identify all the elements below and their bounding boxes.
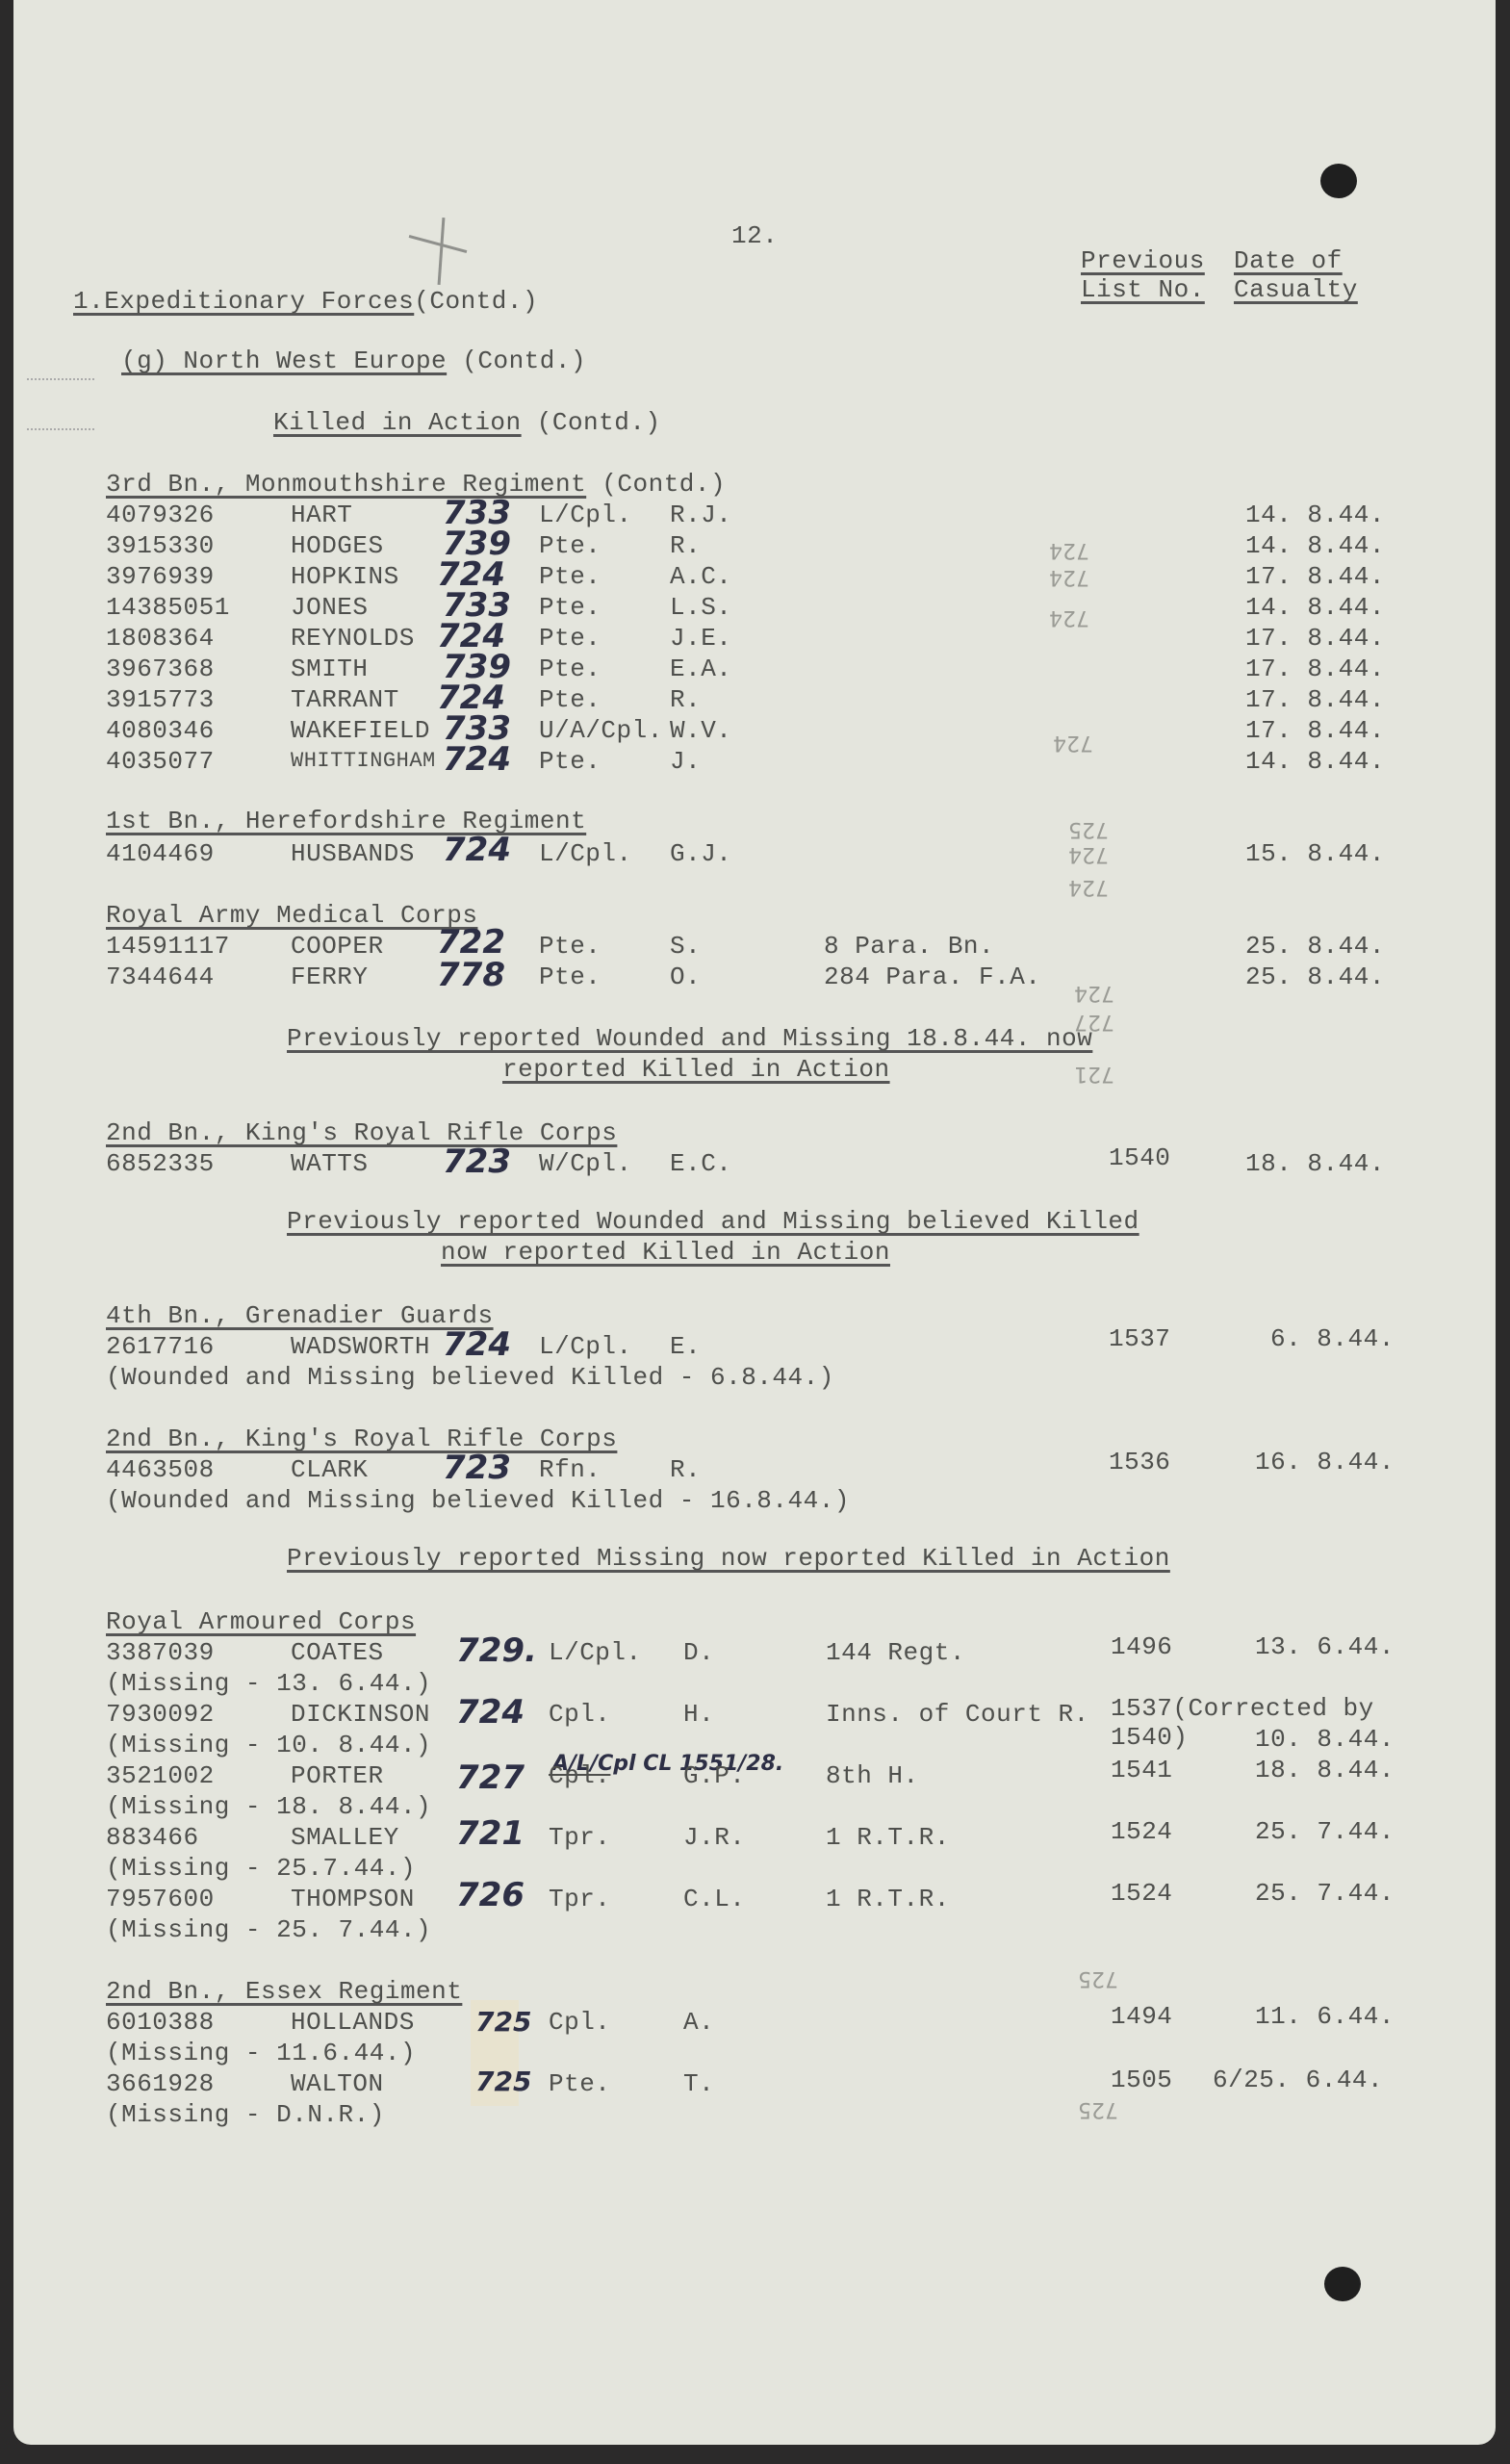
- pencil-margin-mark: 727: [1074, 1011, 1114, 1032]
- handwritten-code: 724: [443, 834, 511, 866]
- rank: L/Cpl.: [539, 839, 632, 868]
- unit-detail: 144 Regt.: [826, 1638, 965, 1667]
- rank: Cpl.: [549, 2008, 610, 2037]
- status-note: (Missing - 25.7.44.): [106, 1854, 416, 1883]
- status-note: (Missing - 11.6.44.): [106, 2039, 416, 2067]
- rank: Pte.: [539, 593, 601, 622]
- surname: TARRANT: [291, 685, 399, 714]
- service-number: 4463508: [106, 1455, 215, 1484]
- surname: SMITH: [291, 654, 369, 683]
- initials: R.: [670, 685, 701, 714]
- unit-detail: 8 Para. Bn.: [824, 932, 994, 961]
- surname: HOPKINS: [291, 562, 399, 591]
- surname: CLARK: [291, 1455, 369, 1484]
- service-number: 1808364: [106, 624, 215, 653]
- rank: Pte.: [539, 624, 601, 653]
- service-number: 4079326: [106, 500, 215, 529]
- previous-list-no: 1505: [1111, 2066, 1172, 2094]
- surname: THOMPSON: [291, 1885, 415, 1913]
- header-previous: Previous: [1081, 246, 1205, 275]
- initials: R.: [670, 531, 701, 560]
- previous-list-no: 1541: [1111, 1756, 1172, 1784]
- category-heading: Previously reported Missing now reported…: [287, 1544, 1170, 1573]
- initials: J.E.: [670, 624, 731, 653]
- rank: Pte.: [539, 962, 601, 991]
- pencil-margin-mark: 725: [1068, 818, 1109, 839]
- initials: J.: [670, 747, 701, 776]
- previous-list-no-correction: 1540): [1111, 1723, 1189, 1752]
- casualty-date: 10. 8.44.: [1255, 1725, 1395, 1754]
- unit-heading: Royal Army Medical Corps: [106, 901, 477, 930]
- service-number: 4104469: [106, 839, 215, 868]
- service-number: 7930092: [106, 1700, 215, 1729]
- rank: Tpr.: [549, 1823, 610, 1852]
- surname: WADSWORTH: [291, 1332, 430, 1361]
- surname: WATTS: [291, 1149, 369, 1178]
- rank: L/Cpl.: [539, 1332, 632, 1361]
- rank: L/Cpl.: [549, 1638, 642, 1667]
- service-number: 3976939: [106, 562, 215, 591]
- surname: HUSBANDS: [291, 839, 415, 868]
- casualty-date: 17. 8.44.: [1245, 624, 1385, 653]
- initials: H.: [683, 1700, 714, 1729]
- casualty-date: 14. 8.44.: [1245, 531, 1385, 560]
- unit-detail: 1 R.T.R.: [826, 1823, 950, 1852]
- faded-stamp: [27, 378, 94, 430]
- pencil-margin-mark: 721: [1074, 1063, 1114, 1084]
- rank: Pte.: [539, 562, 601, 591]
- handwritten-code: 725: [475, 2006, 531, 2039]
- initials: O.: [670, 962, 701, 991]
- handwritten-code: 721: [456, 1817, 525, 1850]
- unit-detail: 284 Para. F.A.: [824, 962, 1040, 991]
- header-date-of: Date of: [1234, 246, 1343, 275]
- casualty-date: 14. 8.44.: [1245, 747, 1385, 776]
- initials: E.: [670, 1332, 701, 1361]
- punch-hole-top: [1320, 164, 1357, 198]
- surname: WHITTINGHAM: [291, 747, 436, 776]
- unit-heading: 1st Bn., Herefordshire Regiment: [106, 807, 586, 835]
- subsection-heading: (g) North West Europe (Contd.): [121, 346, 586, 375]
- unit-heading: 2nd Bn., King's Royal Rifle Corps: [106, 1118, 617, 1147]
- service-number: 6852335: [106, 1149, 215, 1178]
- service-number: 3387039: [106, 1638, 215, 1667]
- casualty-date: 6. 8.44.: [1270, 1324, 1395, 1353]
- unit-detail: 8th H.: [826, 1761, 919, 1790]
- pencil-margin-mark: 724: [1068, 843, 1109, 864]
- service-number: 4080346: [106, 716, 215, 745]
- initials: J.R.: [683, 1823, 745, 1852]
- unit-heading: 2nd Bn., Essex Regiment: [106, 1977, 462, 2006]
- surname: REYNOLDS: [291, 624, 415, 653]
- document-page: 12. Previous List No. Date of Casualty 1…: [13, 0, 1496, 2445]
- handwritten-code: 724: [456, 1696, 525, 1729]
- casualty-date: 11. 6.44.: [1255, 2002, 1395, 2031]
- unit-heading: 4th Bn., Grenadier Guards: [106, 1301, 494, 1330]
- casualty-date: 25. 7.44.: [1255, 1879, 1395, 1908]
- service-number: 3915773: [106, 685, 215, 714]
- surname: WAKEFIELD: [291, 716, 430, 745]
- category-heading: Previously reported Wounded and Missing …: [287, 1207, 1139, 1236]
- rank: Pte.: [539, 531, 601, 560]
- casualty-date: 18. 8.44.: [1245, 1149, 1385, 1178]
- handwritten-code: 727: [456, 1761, 525, 1794]
- casualty-date: 13. 6.44.: [1255, 1632, 1395, 1661]
- rank: Cpl.: [549, 1700, 610, 1729]
- pencil-margin-mark: 724: [1053, 731, 1093, 753]
- initials: L.S.: [670, 593, 731, 622]
- initials: G.J.: [670, 839, 731, 868]
- initials: S.: [670, 932, 701, 961]
- service-number: 3915330: [106, 531, 215, 560]
- casualty-date: 25. 8.44.: [1245, 932, 1385, 961]
- previous-list-no: 1540: [1109, 1143, 1170, 1172]
- status-note: (Missing - 13. 6.44.): [106, 1669, 431, 1698]
- rank: Pte.: [539, 747, 601, 776]
- handwritten-code: 778: [437, 959, 505, 991]
- initials: R.J.: [670, 500, 731, 529]
- pencil-cross-mark: [438, 218, 446, 285]
- pencil-margin-mark: 725: [1078, 2098, 1118, 2119]
- category-heading-cont: reported Killed in Action: [502, 1055, 890, 1084]
- service-number: 14385051: [106, 593, 230, 622]
- service-number: 3521002: [106, 1761, 215, 1790]
- previous-list-no: 1494: [1111, 2002, 1172, 2031]
- section-heading: 1.Expeditionary Forces(Contd.): [73, 287, 538, 316]
- pencil-margin-mark: 725: [1078, 1967, 1118, 1989]
- unit-heading: 2nd Bn., King's Royal Rifle Corps: [106, 1424, 617, 1453]
- casualty-date: 17. 8.44.: [1245, 716, 1385, 745]
- header-list-no: List No.: [1081, 275, 1205, 304]
- casualty-date: 17. 8.44.: [1245, 562, 1385, 591]
- unit-heading: Royal Armoured Corps: [106, 1607, 416, 1636]
- initials: G.P.: [683, 1761, 745, 1790]
- status-note: (Missing - 18. 8.44.): [106, 1792, 431, 1821]
- previous-list-no: 1524: [1111, 1879, 1172, 1908]
- pencil-margin-mark: 724: [1049, 539, 1089, 560]
- surname: PORTER: [291, 1761, 384, 1790]
- handwritten-code: 722: [437, 926, 505, 959]
- casualty-date: 6/25. 6.44.: [1213, 2066, 1383, 2094]
- initials: A.C.: [670, 562, 731, 591]
- category-heading-cont: now reported Killed in Action: [441, 1238, 890, 1267]
- previous-list-no: 1524: [1111, 1817, 1172, 1846]
- unit-detail: 1 R.T.R.: [826, 1885, 950, 1913]
- service-number: 7344644: [106, 962, 215, 991]
- initials: C.L.: [683, 1885, 745, 1913]
- casualty-date: 18. 8.44.: [1255, 1756, 1395, 1784]
- pencil-margin-mark: 724: [1074, 982, 1114, 1003]
- punch-hole-bottom: [1324, 2267, 1361, 2301]
- surname: HART: [291, 500, 352, 529]
- initials: E.A.: [670, 654, 731, 683]
- pencil-margin-mark: 724: [1049, 606, 1089, 628]
- pencil-margin-mark: 724: [1049, 566, 1089, 587]
- initials: R.: [670, 1455, 701, 1484]
- rank: Pte.: [539, 654, 601, 683]
- category-heading: Killed in Action (Contd.): [273, 408, 661, 437]
- rank: Tpr.: [549, 1885, 610, 1913]
- casualty-date: 17. 8.44.: [1245, 685, 1385, 714]
- service-number: 2617716: [106, 1332, 215, 1361]
- previous-list-no: 1496: [1111, 1632, 1172, 1661]
- header-casualty: Casualty: [1234, 275, 1358, 304]
- pencil-cross-mark-bar: [409, 235, 468, 253]
- rank: L/Cpl.: [539, 500, 632, 529]
- page-number: 12.: [731, 221, 778, 250]
- initials: T.: [683, 2069, 714, 2098]
- surname: FERRY: [291, 962, 369, 991]
- surname: WALTON: [291, 2069, 384, 2098]
- surname: DICKINSON: [291, 1700, 430, 1729]
- handwritten-code: 723: [443, 1451, 511, 1484]
- unit-detail: Inns. of Court R.: [826, 1700, 1089, 1729]
- surname: SMALLEY: [291, 1823, 399, 1852]
- status-note: (Wounded and Missing believed Killed - 1…: [106, 1486, 850, 1515]
- handwritten-code: 725: [475, 2066, 531, 2098]
- status-note: (Missing - D.N.R.): [106, 2100, 385, 2129]
- handwritten-code: 724: [443, 743, 511, 776]
- rank: Rfn.: [539, 1455, 601, 1484]
- rank: Pte.: [539, 685, 601, 714]
- casualty-date: 14. 8.44.: [1245, 500, 1385, 529]
- initials: W.V.: [670, 716, 731, 745]
- casualty-date: 17. 8.44.: [1245, 654, 1385, 683]
- category-heading: Previously reported Wounded and Missing …: [287, 1024, 1092, 1053]
- previous-list-no: 1537(Corrected by: [1111, 1694, 1374, 1723]
- surname: COATES: [291, 1638, 384, 1667]
- casualty-date: 16. 8.44.: [1255, 1448, 1395, 1476]
- service-number: 6010388: [106, 2008, 215, 2037]
- surname: COOPER: [291, 932, 384, 961]
- pencil-margin-mark: 724: [1068, 876, 1109, 897]
- status-note: (Missing - 25. 7.44.): [106, 1915, 431, 1944]
- service-number: 883466: [106, 1823, 199, 1852]
- handwritten-code: 724: [443, 1328, 511, 1361]
- handwritten-code: 723: [443, 1145, 511, 1178]
- service-number: 14591117: [106, 932, 230, 961]
- casualty-date: 25. 7.44.: [1255, 1817, 1395, 1846]
- handwritten-code: 726: [456, 1879, 525, 1912]
- rank: Pte.: [539, 932, 601, 961]
- service-number: 3661928: [106, 2069, 215, 2098]
- surname: HODGES: [291, 531, 384, 560]
- surname: HOLLANDS: [291, 2008, 415, 2037]
- status-note: (Missing - 10. 8.44.): [106, 1731, 431, 1759]
- previous-list-no: 1537: [1109, 1324, 1170, 1353]
- casualty-date: 14. 8.44.: [1245, 593, 1385, 622]
- service-number: 4035077: [106, 747, 215, 776]
- initials: E.C.: [670, 1149, 731, 1178]
- status-note: (Wounded and Missing believed Killed - 6…: [106, 1363, 834, 1392]
- service-number: 7957600: [106, 1885, 215, 1913]
- previous-list-no: 1536: [1109, 1448, 1170, 1476]
- initials: D.: [683, 1638, 714, 1667]
- surname: JONES: [291, 593, 369, 622]
- initials: A.: [683, 2008, 714, 2037]
- unit-heading: 3rd Bn., Monmouthshire Regiment (Contd.): [106, 470, 726, 499]
- rank: Pte.: [549, 2069, 610, 2098]
- rank: U/A/Cpl.: [539, 716, 663, 745]
- casualty-date: 15. 8.44.: [1245, 839, 1385, 868]
- rank: W/Cpl.: [539, 1149, 632, 1178]
- casualty-date: 25. 8.44.: [1245, 962, 1385, 991]
- rank-struck: Cpl.: [549, 1761, 610, 1790]
- service-number: 3967368: [106, 654, 215, 683]
- handwritten-code: 729.: [456, 1634, 537, 1667]
